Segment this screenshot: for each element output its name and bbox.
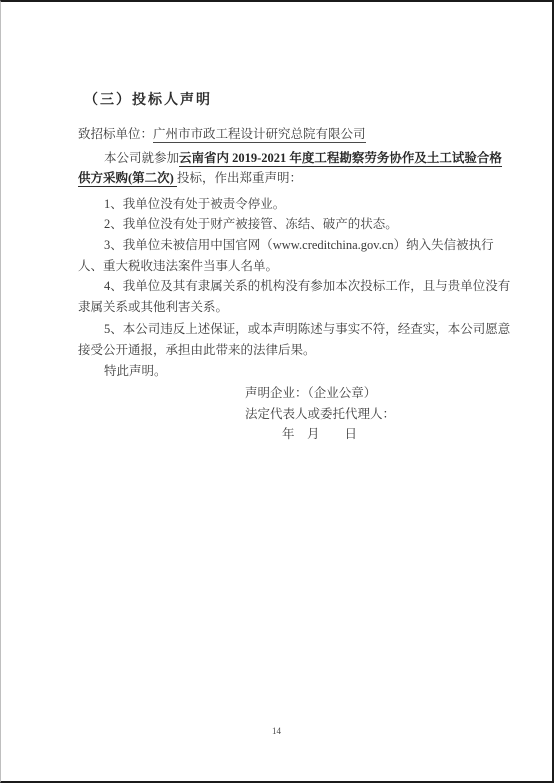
item-1-text: 1、我单位没有处于被责令停业。 <box>104 197 285 211</box>
signature-representative: 法定代表人或委托代理人： <box>78 404 518 425</box>
item-5-line-2-text: 接受公开通报，承担由此带来的法律后果。 <box>78 343 316 357</box>
intro-line-2-text: 投标，作出郑重声明： <box>177 171 302 185</box>
item-4-line-1-text: 4、我单位及其有隶属关系的机构没有参加本次投标工作，且与贵单位没有 <box>104 279 510 293</box>
item-2: 2、我单位没有处于财产被接管、冻结、破产的状态。 <box>78 214 518 235</box>
item-5-line-2: 接受公开通报，承担由此带来的法律后果。 <box>78 340 518 361</box>
signature-date: 年 月 日 <box>78 424 518 445</box>
addressee-line-text: 致招标单位： <box>78 127 153 141</box>
intro-line-1-text: 本公司就参加 <box>104 151 179 165</box>
item-1: 1、我单位没有处于被责令停业。 <box>78 194 518 215</box>
item-5-line-1-text: 5、本公司违反上述保证，或本声明陈述与事实不符，经查实，本公司愿意 <box>104 322 510 336</box>
item-3-line-1: 3、我单位未被信用中国官网（www.creditchina.gov.cn）纳入失… <box>78 235 518 256</box>
signature-company-text: 声明企业：（企业公章） <box>245 386 376 400</box>
closing-line: 特此声明。 <box>78 361 518 382</box>
addressee-line-text: 广州市市政工程设计研究总院有限公司 <box>153 127 366 143</box>
item-3-line-2-text: 人、重大税收违法案件当事人名单。 <box>78 259 278 273</box>
item-3-line-2: 人、重大税收违法案件当事人名单。 <box>78 256 518 277</box>
intro-line-1: 本公司就参加云南省内 2019-2021 年度工程勘察劳务协作及土工试验合格 <box>78 148 518 169</box>
item-4-line-2-text: 隶属关系或其他利害关系。 <box>78 300 228 314</box>
intro-line-1-text: 云南省内 2019-2021 年度工程勘察劳务协作及土工试验合格 <box>179 151 502 167</box>
signature-representative-text: 法定代表人或委托代理人： <box>245 407 395 421</box>
item-2-text: 2、我单位没有处于财产被接管、冻结、破产的状态。 <box>104 217 398 231</box>
document-page: （三）投标人声明 致招标单位：广州市市政工程设计研究总院有限公司本公司就参加云南… <box>0 0 554 783</box>
item-3-line-1-text: 3、我单位未被信用中国官网（www.creditchina.gov.cn）纳入失… <box>104 238 494 252</box>
declaration-body: （三）投标人声明 致招标单位：广州市市政工程设计研究总院有限公司本公司就参加云南… <box>78 90 518 445</box>
document-lines: 致招标单位：广州市市政工程设计研究总院有限公司本公司就参加云南省内 2019-2… <box>78 124 518 445</box>
item-5-line-1: 5、本公司违反上述保证，或本声明陈述与事实不符，经查实，本公司愿意 <box>78 319 518 340</box>
signature-date-text: 年 月 日 <box>282 427 357 441</box>
intro-line-2: 供方采购(第二次) 投标，作出郑重声明： <box>78 168 518 189</box>
intro-line-2-text: 供方采购(第二次) <box>78 171 177 187</box>
addressee-line: 致招标单位：广州市市政工程设计研究总院有限公司 <box>78 124 518 145</box>
section-heading: （三）投标人声明 <box>84 90 518 111</box>
page-number: 14 <box>1 726 552 736</box>
closing-line-text: 特此声明。 <box>104 364 167 378</box>
item-4-line-2: 隶属关系或其他利害关系。 <box>78 297 518 318</box>
signature-company: 声明企业：（企业公章） <box>78 383 518 404</box>
item-4-line-1: 4、我单位及其有隶属关系的机构没有参加本次投标工作，且与贵单位没有 <box>78 276 518 297</box>
